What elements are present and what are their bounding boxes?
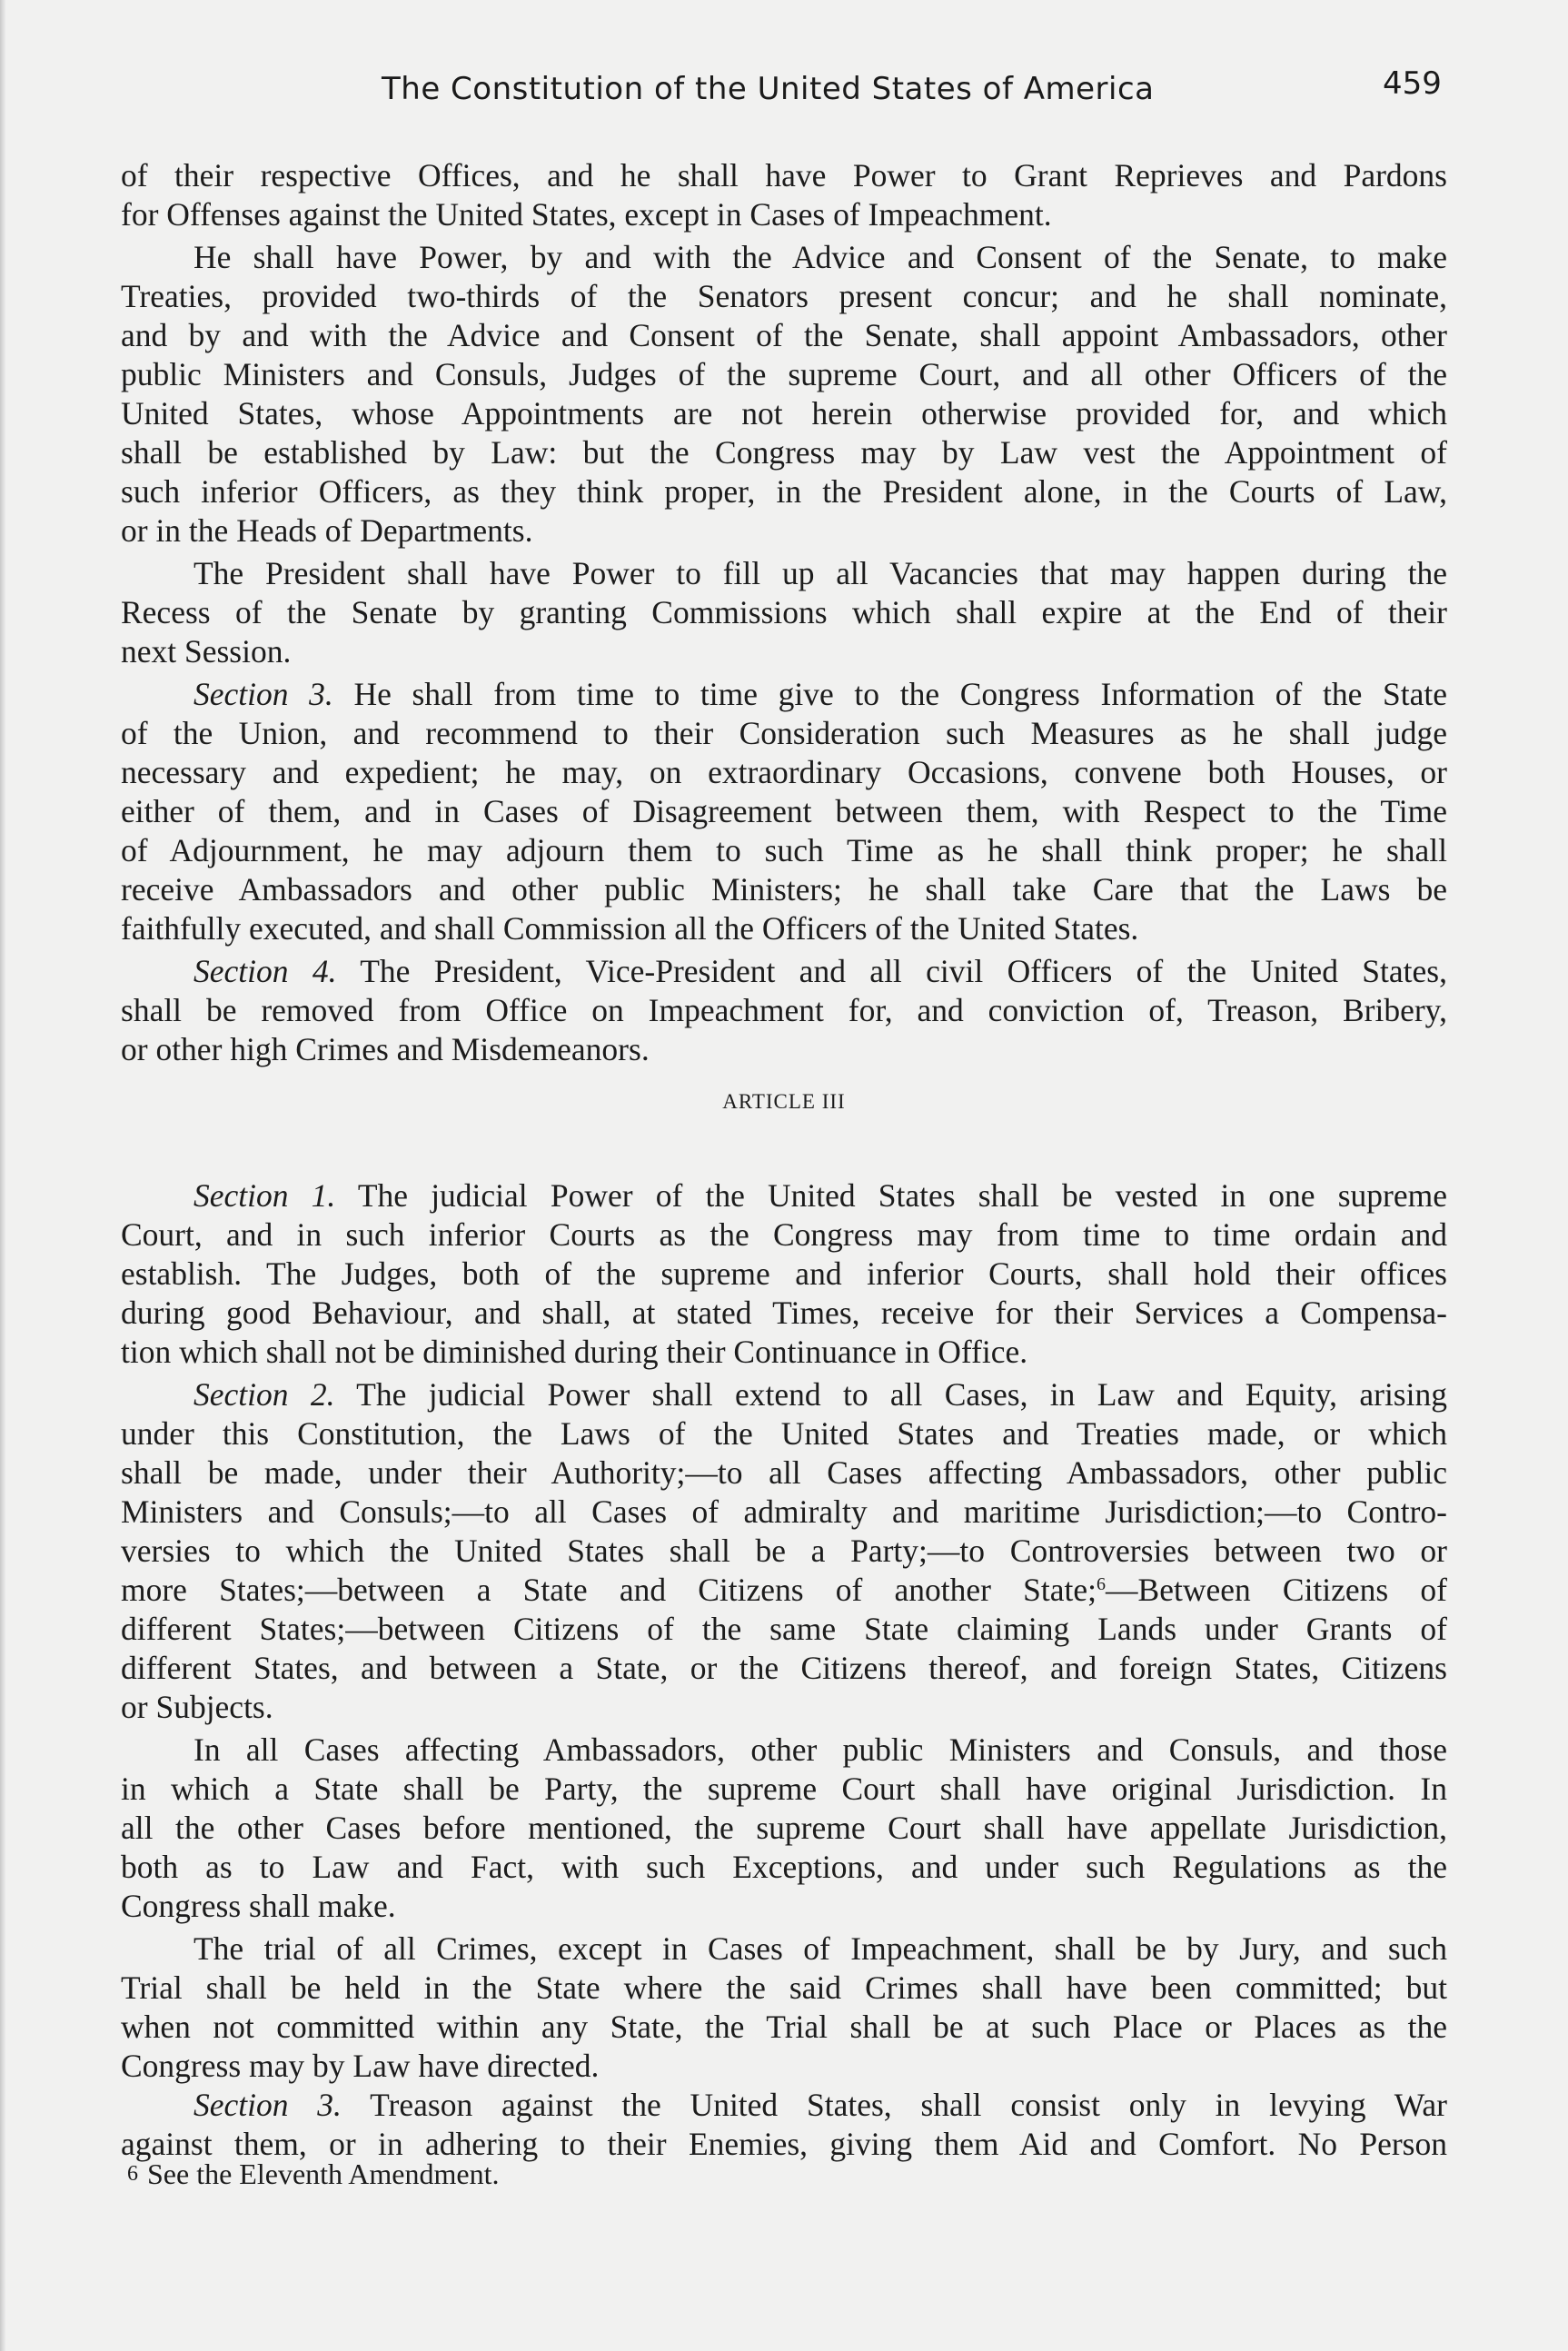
text-line: or in the Heads of Departments.	[121, 511, 1447, 550]
page-number: 459	[1383, 65, 1442, 102]
text-line: Ministers and Consuls;—to all Cases of a…	[121, 1493, 1447, 1531]
text-line: Court, and in such inferior Courts as th…	[121, 1215, 1447, 1254]
text-line: receive Ambassadors and other public Min…	[121, 870, 1447, 908]
text-line: Recess of the Senate by granting Commiss…	[121, 593, 1447, 631]
page-edge-shadow	[0, 0, 5, 2351]
text-line: both as to Law and Fact, with such Excep…	[121, 1848, 1447, 1886]
footnote: 6See the Eleventh Amendment.	[127, 2158, 499, 2191]
text-line: or Subjects.	[121, 1688, 1447, 1726]
text-line: Section 2. The judicial Power shall exte…	[194, 1375, 1447, 1414]
article-heading: ARTICLE III	[0, 1090, 1568, 1114]
text-line: He shall have Power, by and with the Adv…	[194, 238, 1447, 276]
text-line: in which a State shall be Party, the sup…	[121, 1770, 1447, 1808]
text-line: Section 3. He shall from time to time gi…	[194, 675, 1447, 713]
text-line: necessary and expedient; he may, on extr…	[121, 753, 1447, 791]
text-line: such inferior Officers, as they think pr…	[121, 472, 1447, 511]
text-line: versies to which the United States shall…	[121, 1532, 1447, 1570]
text-line: when not committed within any State, the…	[121, 2008, 1447, 2046]
text-line: public Ministers and Consuls, Judges of …	[121, 355, 1447, 393]
text-line: Treaties, provided two-thirds of the Sen…	[121, 277, 1447, 315]
text-line: and by and with the Advice and Consent o…	[121, 316, 1447, 354]
text-line: for Offenses against the United States, …	[121, 195, 1447, 233]
section-label: Section 3.	[194, 2087, 342, 2123]
footnote-number: 6	[127, 2162, 138, 2186]
text-line: Congress may by Law have directed.	[121, 2047, 1447, 2085]
section-label: Section 3.	[194, 676, 333, 712]
text-line: shall be established by Law: but the Con…	[121, 433, 1447, 471]
text-line: Section 4. The President, Vice-President…	[194, 952, 1447, 990]
text-line: either of them, and in Cases of Disagree…	[121, 792, 1447, 830]
text-line: United States, whose Appointments are no…	[121, 394, 1447, 432]
text-line: under this Constitution, the Laws of the…	[121, 1414, 1447, 1453]
text-line: of their respective Offices, and he shal…	[121, 156, 1447, 194]
text-line: or other high Crimes and Misdemeanors.	[121, 1030, 1447, 1068]
running-title: The Constitution of the United States of…	[382, 71, 1155, 107]
section-label: Section 2.	[194, 1376, 334, 1413]
text-line: different States, and between a State, o…	[121, 1649, 1447, 1687]
text-line: all the other Cases before mentioned, th…	[121, 1809, 1447, 1847]
text-line: different States;—between Citizens of th…	[121, 1610, 1447, 1648]
footnote-reference: 6	[1097, 1574, 1106, 1594]
text-line: faithfully executed, and shall Commissio…	[121, 909, 1447, 947]
text-line: shall be made, under their Authority;—to…	[121, 1453, 1447, 1492]
text-line: shall be removed from Office on Impeachm…	[121, 991, 1447, 1029]
text-line: Section 1. The judicial Power of the Uni…	[194, 1176, 1447, 1215]
footnote-text: See the Eleventh Amendment.	[147, 2158, 499, 2190]
text-line: of the Union, and recommend to their Con…	[121, 714, 1447, 752]
text-line: more States;—between a State and Citizen…	[121, 1571, 1447, 1609]
section-label: Section 4.	[194, 953, 336, 989]
text-line: Section 3. Treason against the United St…	[194, 2086, 1447, 2124]
text-line: establish. The Judges, both of the supre…	[121, 1255, 1447, 1293]
text-line: Trial shall be held in the State where t…	[121, 1969, 1447, 2007]
section-label: Section 1.	[194, 1177, 335, 1214]
text-line: In all Cases affecting Ambassadors, othe…	[194, 1731, 1447, 1769]
text-line: tion which shall not be diminished durin…	[121, 1333, 1447, 1371]
text-line: The President shall have Power to fill u…	[194, 554, 1447, 592]
text-line: of Adjournment, he may adjourn them to s…	[121, 831, 1447, 869]
text-line: next Session.	[121, 632, 1447, 670]
text-line: during good Behaviour, and shall, at sta…	[121, 1294, 1447, 1332]
text-line: Congress shall make.	[121, 1887, 1447, 1925]
text-line: The trial of all Crimes, except in Cases…	[194, 1929, 1447, 1968]
